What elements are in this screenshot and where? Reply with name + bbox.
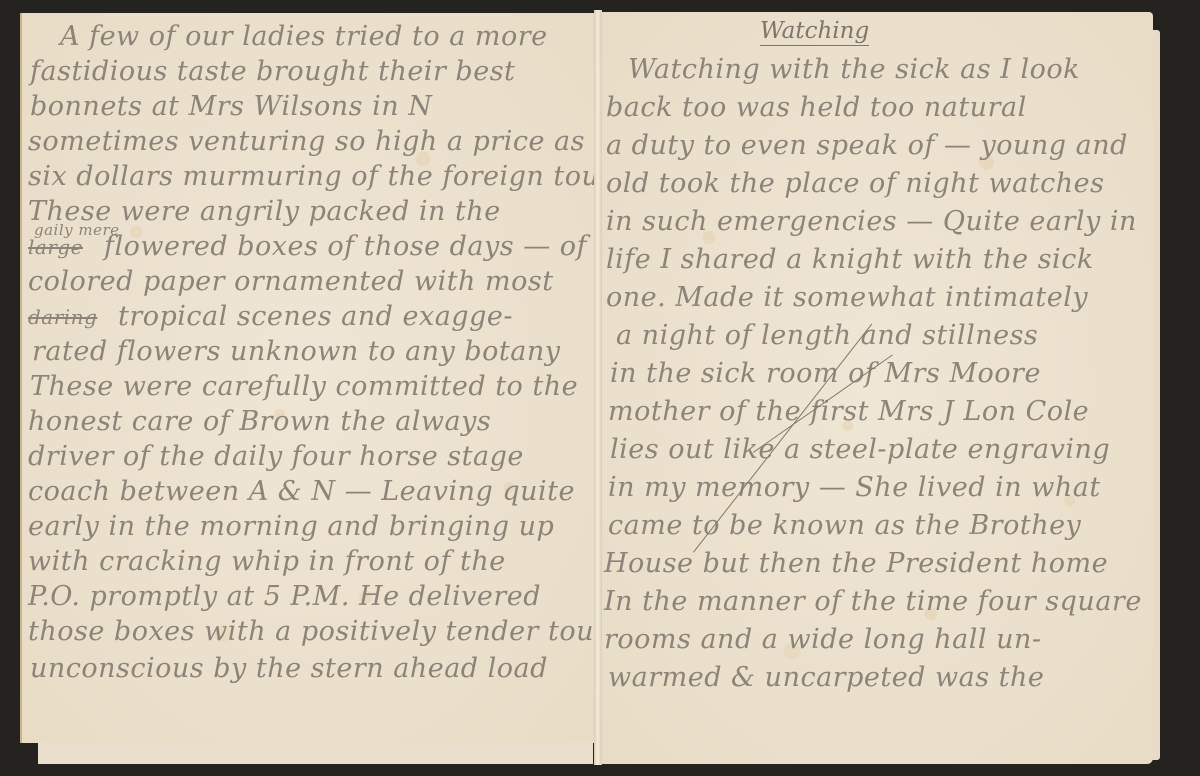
left-line-4: sometimes venturing so high a price as <box>28 126 585 157</box>
right-line-11: lies out like a steel-plate engraving <box>610 434 1110 465</box>
right-line-4: old took the place of night watches <box>606 168 1104 199</box>
left-line-7: flowered boxes of those days — of high <box>104 231 659 262</box>
right-line-10: mother of the first Mrs J Lon Cole <box>608 396 1089 427</box>
left-line-8: colored paper ornamented with most <box>28 266 554 297</box>
right-line-12: in my memory — She lived in what <box>608 472 1101 503</box>
right-line-5: in such emergencies — Quite early in <box>606 206 1137 237</box>
left-line-12: honest care of Brown the always <box>28 406 491 437</box>
right-line-13: came to be known as the Brothey <box>608 510 1081 541</box>
left-page-text: A few of our ladies tried to a more fast… <box>22 13 595 743</box>
struck-word-1: large <box>28 235 83 259</box>
right-line-14: House but then the President home <box>604 548 1108 579</box>
left-page-underlying-sheet <box>38 740 593 764</box>
left-line-9: tropical scenes and exagge- <box>118 301 513 332</box>
right-line-2: back too was held too natural <box>606 92 1027 123</box>
struck-word-2: daring <box>28 305 97 329</box>
book-gutter <box>594 10 602 765</box>
left-line-18: those boxes with a positively tender tou… <box>28 616 628 647</box>
left-line-10: rated flowers unknown to any botany <box>32 336 561 367</box>
right-line-6: life I shared a knight with the sick <box>606 244 1094 275</box>
right-line-17: warmed & uncarpeted was the <box>608 662 1044 693</box>
left-line-2: fastidious taste brought their best <box>30 56 515 87</box>
manuscript-scan: A few of our ladies tried to a more fast… <box>0 0 1200 776</box>
right-line-15: In the manner of the time four square <box>604 586 1142 617</box>
left-line-16: with cracking whip in front of the <box>28 546 506 577</box>
left-line-11: These were carefully committed to the <box>30 371 578 402</box>
right-line-1: Watching with the sick as I look <box>628 54 1080 85</box>
left-line-3: bonnets at Mrs Wilsons in N <box>30 91 432 122</box>
left-page: A few of our ladies tried to a more fast… <box>20 13 595 743</box>
left-line-5: six dollars murmuring of the foreign tou… <box>28 161 633 192</box>
right-page-text: Watching with the sick as I look back to… <box>598 12 1153 764</box>
right-line-8: a night of length and stillness <box>616 320 1038 351</box>
right-page: Watching Watching with the sick as I loo… <box>598 12 1153 764</box>
left-line-13: driver of the daily four horse stage <box>28 441 524 472</box>
left-line-17: P.O. promptly at 5 P.M. He delivered <box>28 581 541 612</box>
left-line-1: A few of our ladies tried to a more <box>60 21 548 52</box>
right-line-7: one. Made it somewhat intimately <box>606 282 1088 313</box>
left-line-19: unconscious by the stern ahead load <box>30 653 548 684</box>
right-line-3: a duty to even speak of — young and <box>606 130 1128 161</box>
left-line-15: early in the morning and bringing up <box>28 511 554 542</box>
left-line-14: coach between A & N — Leaving quite <box>28 476 575 507</box>
right-line-16: rooms and a wide long hall un- <box>604 624 1041 655</box>
